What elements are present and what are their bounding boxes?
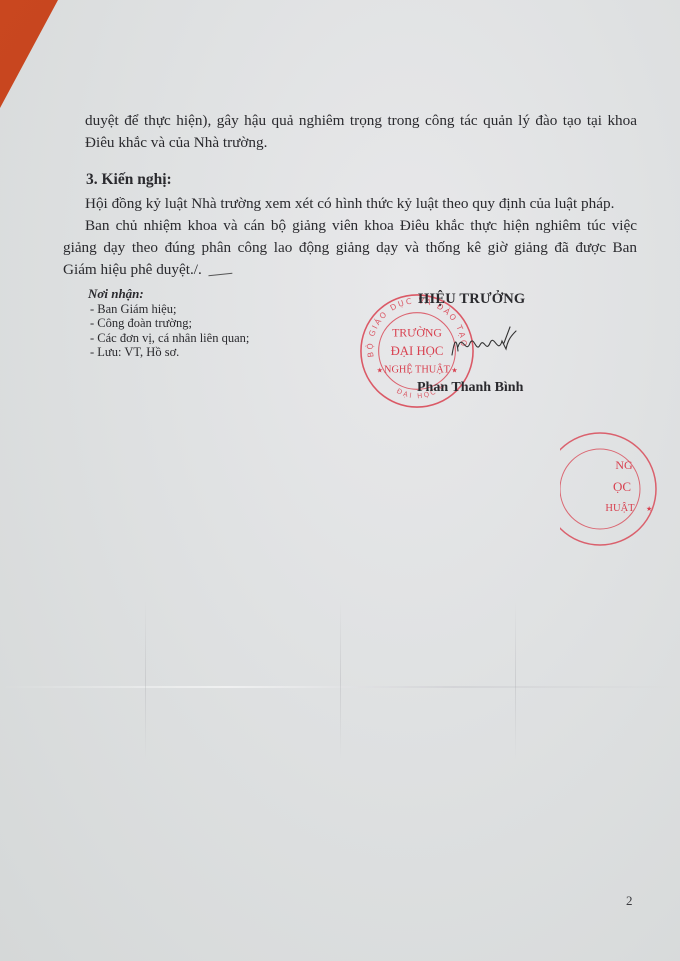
continuation-line-1: duyệt để thực hiện), gây hậu quả nghiêm … (85, 110, 637, 132)
recipient-item: - Ban Giám hiệu; (88, 302, 249, 317)
recipient-item: - Các đơn vị, cá nhân liên quan; (88, 331, 249, 346)
signer-name: Phan Thanh Bình (417, 380, 523, 396)
continuation-line-2: Điêu khắc và của Nhà trường. (85, 134, 267, 151)
initial-mark (207, 265, 232, 276)
page-number: 2 (626, 893, 633, 909)
recommendation-1-text: Hội đồng kỷ luật Nhà trường xem xét có h… (85, 195, 614, 212)
signature-title: HIỆU TRƯỞNG (418, 291, 525, 308)
recommendation-1: Hội đồng kỷ luật Nhà trường xem xét có h… (85, 193, 637, 215)
recipients-block: Nơi nhận: - Ban Giám hiệu; - Công đoàn t… (88, 287, 249, 360)
handwritten-signature (450, 325, 520, 359)
recommendation-2-line-3: Giám hiệu phê duyệt./. (63, 261, 232, 278)
paper-crease (340, 600, 341, 760)
recommendation-2-line-3-text: Giám hiệu phê duyệt./. (63, 261, 202, 278)
continuation-paragraph: duyệt để thực hiện), gây hậu quả nghiêm … (85, 110, 637, 154)
paper-crease (145, 600, 146, 760)
paper-crease (515, 600, 516, 760)
recipient-item: - Lưu: VT, Hồ sơ. (88, 345, 249, 360)
section-heading: 3. Kiến nghị: (86, 171, 172, 189)
recipients-title: Nơi nhận: (88, 287, 249, 302)
recommendation-2-line-2: giảng dạy theo đúng phân công lao động g… (63, 237, 637, 259)
recommendation-2: Ban chủ nhiệm khoa và cán bộ giảng viên … (85, 215, 637, 281)
recipient-item: - Công đoàn trường; (88, 316, 249, 331)
recommendation-2-line-1: Ban chủ nhiệm khoa và cán bộ giảng viên … (85, 215, 637, 237)
